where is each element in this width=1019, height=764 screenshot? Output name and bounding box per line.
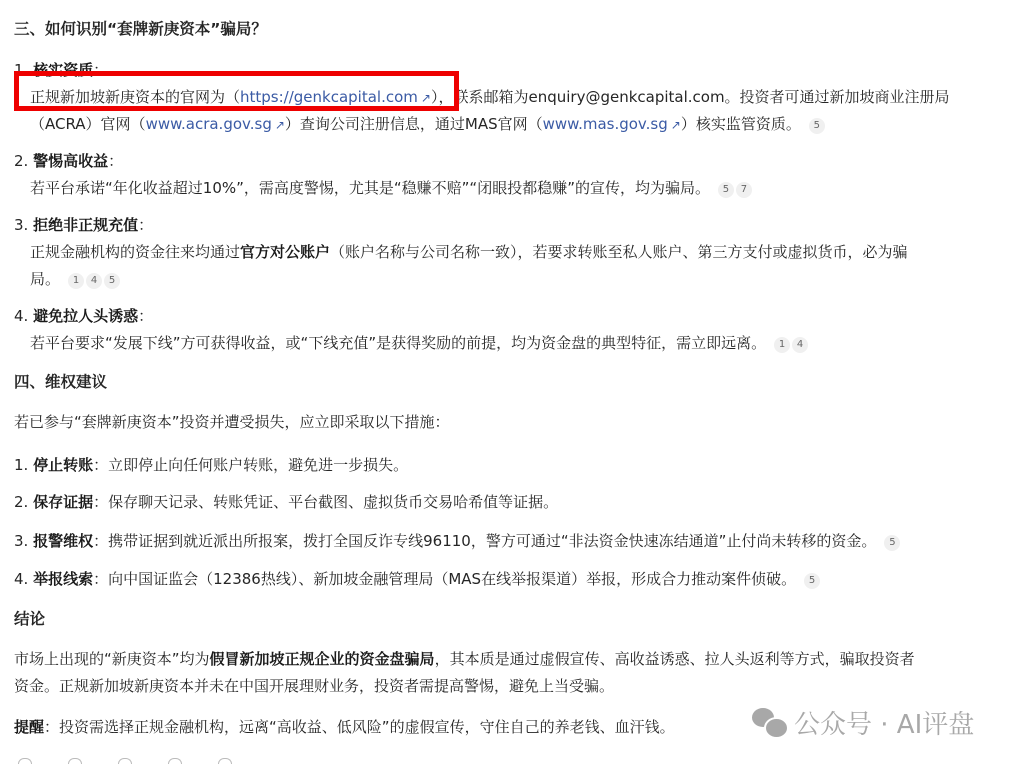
list-item-high-return-text: 若平台承诺“年化收益超过10%”，需高度警惕，尤其是“稳赚不赔”“闭眼投都稳赚”… xyxy=(30,177,752,199)
section-heading-conclusion: 结论 xyxy=(14,608,45,630)
list-item-report-clues: 4. 举报线索：向中国证监会（12386热线）、新加坡金融管理局（MAS在线举报… xyxy=(14,568,820,590)
dislike-icon[interactable] xyxy=(168,758,182,764)
section-intro: 若已参与“套牌新庚资本”投资并遭受损失，应立即采取以下措施： xyxy=(14,411,450,433)
external-link-icon: ↗ xyxy=(275,118,285,132)
section-heading-identify: 三、如何识别“套牌新庚资本”骗局？ xyxy=(14,18,267,40)
list-item-high-return-heading: 2. 警惕高收益： xyxy=(14,150,123,172)
citation-badge[interactable]: 1 xyxy=(68,273,84,289)
list-item-recharge-line2: 局。145 xyxy=(30,268,120,290)
list-item-report-police: 3. 报警维权：携带证据到就近派出所报案，拨打全国反诈专线96110，警方可通过… xyxy=(14,530,900,552)
citation-badge[interactable]: 5 xyxy=(809,118,825,134)
highlight-annotation-box xyxy=(14,71,459,111)
item-label: 拒绝非正规充值 xyxy=(33,216,138,234)
citation-badge[interactable]: 4 xyxy=(792,337,808,353)
list-item-save-evidence: 2. 保存证据：保存聊天记录、转账凭证、平台截图、虚拟货币交易哈希值等证据。 xyxy=(14,491,558,513)
like-icon[interactable] xyxy=(118,758,132,764)
conclusion-line1: 市场上出现的“新庚资本”均为假冒新加坡正规企业的资金盘骗局，其本质是通过虚假宣传… xyxy=(14,648,915,670)
list-item-stop-transfer: 1. 停止转账：立即停止向任何账户转账，避免进一步损失。 xyxy=(14,454,408,476)
section-heading-rights: 四、维权建议 xyxy=(14,371,107,393)
citation-badge[interactable]: 5 xyxy=(104,273,120,289)
watermark: 公众号 · AI评盘 xyxy=(752,704,974,741)
reminder: 提醒：投资需选择正规金融机构，远离“高收益、低风险”的虚假宣传，守住自己的养老钱… xyxy=(14,716,675,738)
copy-icon[interactable] xyxy=(18,758,32,764)
list-item-verify-line2: （ACRA）官网（www.acra.gov.sg↗）查询公司注册信息，通过MAS… xyxy=(30,113,825,136)
list-item-pyramid-text: 若平台要求“发展下线”方可获得收益，或“下线充值”是获得奖励的前提，均为资金盘的… xyxy=(30,332,808,354)
share-icon[interactable] xyxy=(218,758,232,764)
citation-badge[interactable]: 5 xyxy=(804,573,820,589)
citation-badge[interactable]: 4 xyxy=(86,273,102,289)
citation-badge[interactable]: 5 xyxy=(718,182,734,198)
link-mas[interactable]: www.mas.gov.sg xyxy=(543,115,668,133)
citation-badge[interactable]: 1 xyxy=(774,337,790,353)
item-label: 避免拉人头诱惑 xyxy=(33,307,138,325)
item-label: 警惕高收益 xyxy=(33,152,108,170)
list-item-pyramid-heading: 4. 避免拉人头诱惑： xyxy=(14,305,153,327)
conclusion-line2: 资金。正规新加坡新庚资本并未在中国开展理财业务，投资者需提高警惕，避免上当受骗。 xyxy=(14,675,614,697)
citation-badge[interactable]: 7 xyxy=(736,182,752,198)
external-link-icon: ↗ xyxy=(671,118,681,132)
citation-badge[interactable]: 5 xyxy=(884,535,900,551)
list-item-recharge-line1: 正规金融机构的资金往来均通过官方对公账户（账户名称与公司名称一致），若要求转账至… xyxy=(30,241,908,263)
refresh-icon[interactable] xyxy=(68,758,82,764)
link-acra[interactable]: www.acra.gov.sg xyxy=(146,115,272,133)
wechat-icon xyxy=(752,708,786,738)
message-action-toolbar xyxy=(18,758,232,764)
list-item-recharge-heading: 3. 拒绝非正规充值： xyxy=(14,214,153,236)
